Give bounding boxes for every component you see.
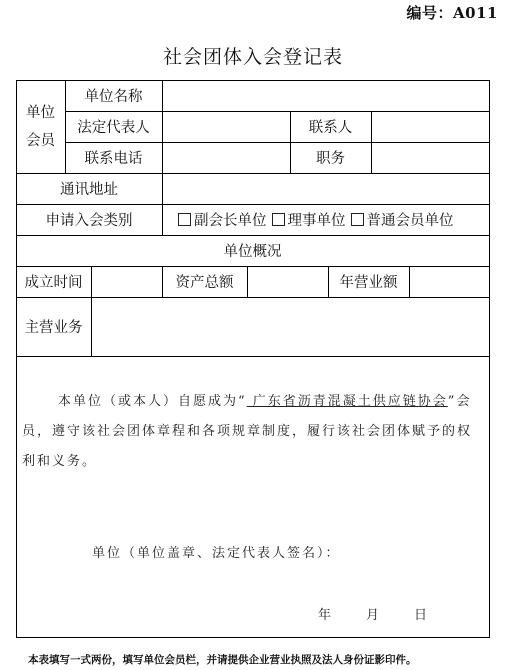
founded-label: 成立时间 [16, 266, 91, 297]
row-line [16, 356, 490, 357]
pledge-prefix: 本单位（或本人）自愿成为“ [58, 394, 247, 409]
unit-name-label: 单位名称 [65, 80, 162, 111]
revenue-label: 年营业额 [328, 266, 409, 297]
contact-label: 联系人 [290, 111, 371, 142]
phone-field[interactable] [162, 142, 290, 173]
position-label: 职务 [290, 142, 371, 173]
form-code: 编号：A011 [407, 2, 498, 23]
group-label-line1: 单位 [26, 99, 55, 127]
revenue-field[interactable] [409, 266, 489, 297]
option-vice-president[interactable]: 副会长单位 [178, 209, 267, 230]
phone-label: 联系电话 [65, 142, 162, 173]
option-label: 副会长单位 [194, 213, 267, 229]
business-field[interactable] [91, 297, 489, 356]
signature-label: 单位（单位盖章、法定代表人签名）： [92, 542, 341, 561]
legal-rep-label: 法定代表人 [65, 111, 162, 142]
checkbox-icon[interactable] [178, 213, 191, 226]
checkbox-icon[interactable] [351, 213, 364, 226]
table-border-right [489, 80, 490, 637]
form-title: 社会团体入会登记表 [0, 42, 506, 69]
category-options: 副会长单位 理事单位 普通会员单位 [162, 204, 489, 235]
checkbox-icon[interactable] [272, 213, 285, 226]
founded-field[interactable] [91, 266, 162, 297]
contact-field[interactable] [371, 111, 489, 142]
option-director[interactable]: 理事单位 [272, 209, 346, 230]
assets-label: 资产总额 [162, 266, 247, 297]
association-name: 广东省沥青混凝土供应链协会 [247, 394, 448, 409]
date-year: 年 [318, 604, 331, 623]
position-field[interactable] [371, 142, 489, 173]
option-label: 普通会员单位 [367, 213, 454, 229]
option-label: 理事单位 [288, 213, 346, 229]
category-label: 申请入会类别 [16, 204, 162, 235]
assets-field[interactable] [247, 266, 328, 297]
table-border-bottom [16, 637, 490, 638]
option-regular-member[interactable]: 普通会员单位 [351, 209, 454, 230]
business-label: 主营业务 [16, 297, 91, 356]
footer-note: 本表填写一式两份，填写单位会员栏，并请提供企业营业执照及法人身份证影印件。 [28, 652, 417, 667]
date-month: 月 [366, 604, 379, 623]
legal-rep-field[interactable] [162, 111, 290, 142]
overview-header: 单位概况 [16, 235, 489, 266]
pledge-text: 本单位（或本人）自愿成为“ 广东省沥青混凝土供应链协会”会员，遵守该社会团体章程… [22, 387, 484, 477]
member-group-label: 单位 会员 [16, 80, 65, 173]
address-label: 通讯地址 [16, 173, 162, 204]
date-day: 日 [414, 604, 427, 623]
group-label-line2: 会员 [26, 127, 55, 155]
unit-name-field[interactable] [162, 80, 489, 111]
address-field[interactable] [162, 173, 489, 204]
